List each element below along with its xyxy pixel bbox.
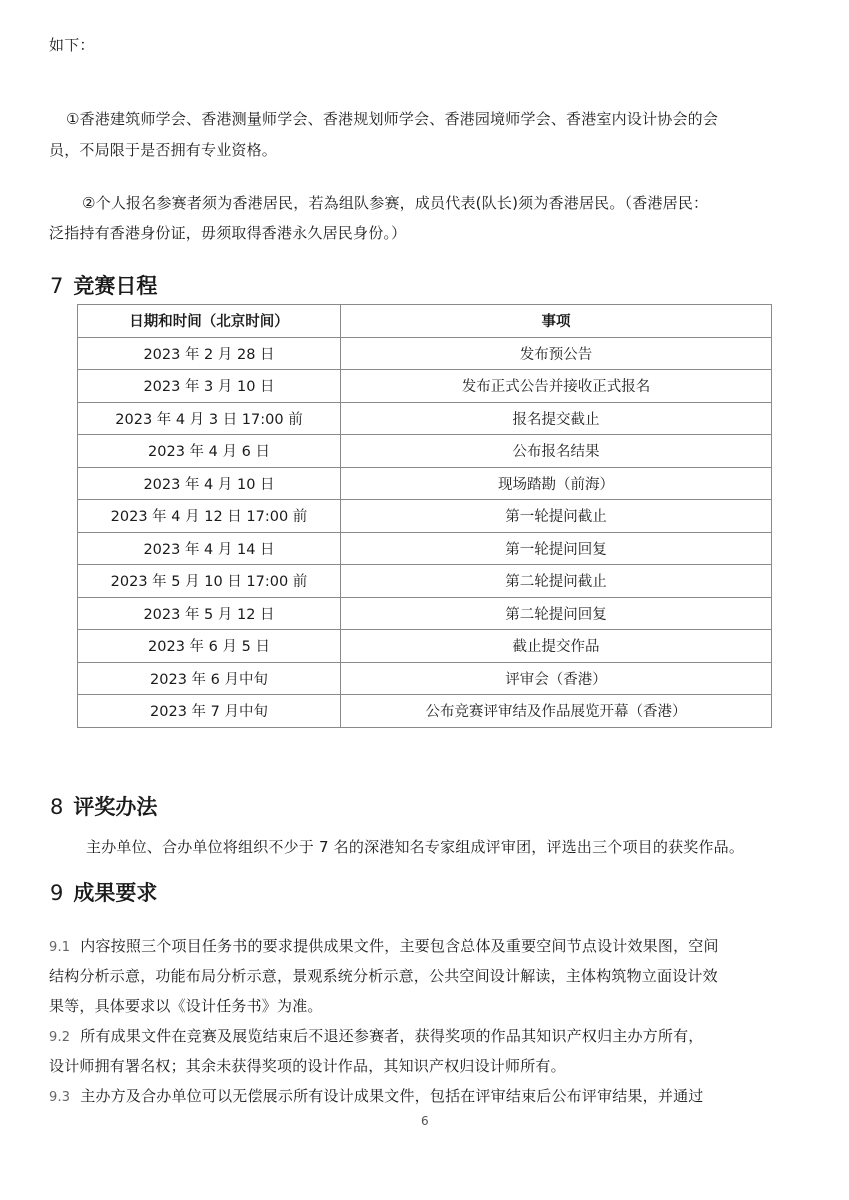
table-row: 2023 年 4 月 10 日现场踏勘（前海） — [78, 467, 772, 500]
event-cell: 发布预公告 — [341, 337, 772, 370]
subsection-9-2-line-2: 设计师拥有署名权；其余未获得奖项的设计作品，其知识产权归设计师所有。 — [49, 1055, 566, 1076]
date-cell: 2023 年 4 月 14 日 — [78, 532, 341, 565]
event-cell: 第二轮提问截止 — [341, 565, 772, 598]
section-8-body: 主办单位、合办单位将组织不少于 7 名的深港知名专家组成评审团，评选出三个项目的… — [86, 836, 744, 857]
event-cell: 现场踏勘（前海） — [341, 467, 772, 500]
section-title: 竞赛日程 — [73, 274, 157, 298]
section-title: 成果要求 — [73, 881, 157, 905]
table-row: 2023 年 4 月 6 日公布报名结果 — [78, 435, 772, 468]
table-row: 2023 年 4 月 14 日第一轮提问回复 — [78, 532, 772, 565]
eligibility-item-1-line-1: ①香港建筑师学会、香港测量师学会、香港规划师学会、香港园境师学会、香港室内设计协… — [66, 108, 718, 129]
subsection-number: 9.3 — [49, 1090, 70, 1105]
date-cell: 2023 年 2 月 28 日 — [78, 337, 341, 370]
section-number: 8 — [50, 795, 63, 819]
table-row: 2023 年 5 月 12 日第二轮提问回复 — [78, 597, 772, 630]
event-cell: 第一轮提问截止 — [341, 500, 772, 533]
table-row: 2023 年 2 月 28 日发布预公告 — [78, 337, 772, 370]
subsection-9-1-line-2: 结构分析示意，功能布局分析示意，景观系统分析示意，公共空间设计解读，主体构筑物立… — [49, 965, 718, 986]
page-number: 6 — [421, 1114, 429, 1128]
event-cell: 第一轮提问回复 — [341, 532, 772, 565]
table-row: 2023 年 4 月 12 日 17:00 前第一轮提问截止 — [78, 500, 772, 533]
date-cell: 2023 年 4 月 12 日 17:00 前 — [78, 500, 341, 533]
table-row: 2023 年 5 月 10 日 17:00 前第二轮提问截止 — [78, 565, 772, 598]
event-cell: 截止提交作品 — [341, 630, 772, 663]
event-cell: 发布正式公告并接收正式报名 — [341, 370, 772, 403]
date-cell: 2023 年 6 月中旬 — [78, 662, 341, 695]
eligibility-item-2-line-2: 泛指持有香港身份证，毋须取得香港永久居民身份。） — [49, 222, 406, 243]
section-number: 7 — [50, 274, 63, 298]
date-cell: 2023 年 7 月中旬 — [78, 695, 341, 728]
event-cell: 报名提交截止 — [341, 402, 772, 435]
subsection-text: 内容按照三个项目任务书的要求提供成果文件，主要包含总体及重要空间节点设计效果图，… — [80, 937, 718, 955]
subsection-number: 9.2 — [49, 1030, 70, 1045]
section-title: 评奖办法 — [73, 795, 157, 819]
column-header-date: 日期和时间（北京时间） — [78, 305, 341, 338]
table-row: 2023 年 6 月中旬评审会（香港） — [78, 662, 772, 695]
section-7-heading: 7竞赛日程 — [50, 270, 157, 300]
eligibility-item-1-line-2: 员，不局限于是否拥有专业资格。 — [49, 139, 277, 160]
subsection-9-1-line-3: 果等，具体要求以《设计任务书》为准。 — [49, 995, 323, 1016]
date-cell: 2023 年 6 月 5 日 — [78, 630, 341, 663]
event-cell: 第二轮提问回复 — [341, 597, 772, 630]
table-header-row: 日期和时间（北京时间） 事项 — [78, 305, 772, 338]
subsection-text: 所有成果文件在竞赛及展览结束后不退还参赛者，获得奖项的作品其知识产权归主办方所有… — [80, 1027, 703, 1045]
date-cell: 2023 年 3 月 10 日 — [78, 370, 341, 403]
subsection-text: 主办方及合办单位可以无偿展示所有设计成果文件，包括在评审结束后公布评审结果，并通… — [80, 1087, 703, 1105]
table-row: 2023 年 6 月 5 日截止提交作品 — [78, 630, 772, 663]
intro-text: 如下： — [49, 34, 95, 55]
table-row: 2023 年 7 月中旬公布竞赛评审结及作品展览开幕（香港） — [78, 695, 772, 728]
date-cell: 2023 年 4 月 10 日 — [78, 467, 341, 500]
event-cell: 公布竞赛评审结及作品展览开幕（香港） — [341, 695, 772, 728]
date-cell: 2023 年 5 月 12 日 — [78, 597, 341, 630]
schedule-table: 日期和时间（北京时间） 事项 2023 年 2 月 28 日发布预公告 2023… — [77, 304, 772, 728]
event-cell: 评审会（香港） — [341, 662, 772, 695]
subsection-9-3-line-1: 9.3主办方及合办单位可以无偿展示所有设计成果文件，包括在评审结束后公布评审结果… — [49, 1085, 704, 1106]
subsection-9-2-line-1: 9.2所有成果文件在竞赛及展览结束后不退还参赛者，获得奖项的作品其知识产权归主办… — [49, 1025, 704, 1046]
subsection-number: 9.1 — [49, 940, 70, 955]
date-cell: 2023 年 5 月 10 日 17:00 前 — [78, 565, 341, 598]
eligibility-item-2-line-1: ②个人报名参赛者须为香港居民，若為组队参赛，成员代表(队长)须为香港居民。（香港… — [82, 192, 708, 213]
date-cell: 2023 年 4 月 6 日 — [78, 435, 341, 468]
subsection-9-1-line-1: 9.1内容按照三个项目任务书的要求提供成果文件，主要包含总体及重要空间节点设计效… — [49, 935, 719, 956]
section-9-heading: 9成果要求 — [50, 877, 157, 907]
table-row: 2023 年 3 月 10 日发布正式公告并接收正式报名 — [78, 370, 772, 403]
column-header-item: 事项 — [341, 305, 772, 338]
section-8-heading: 8评奖办法 — [50, 791, 157, 821]
date-cell: 2023 年 4 月 3 日 17:00 前 — [78, 402, 341, 435]
event-cell: 公布报名结果 — [341, 435, 772, 468]
table-row: 2023 年 4 月 3 日 17:00 前报名提交截止 — [78, 402, 772, 435]
section-number: 9 — [50, 881, 63, 905]
